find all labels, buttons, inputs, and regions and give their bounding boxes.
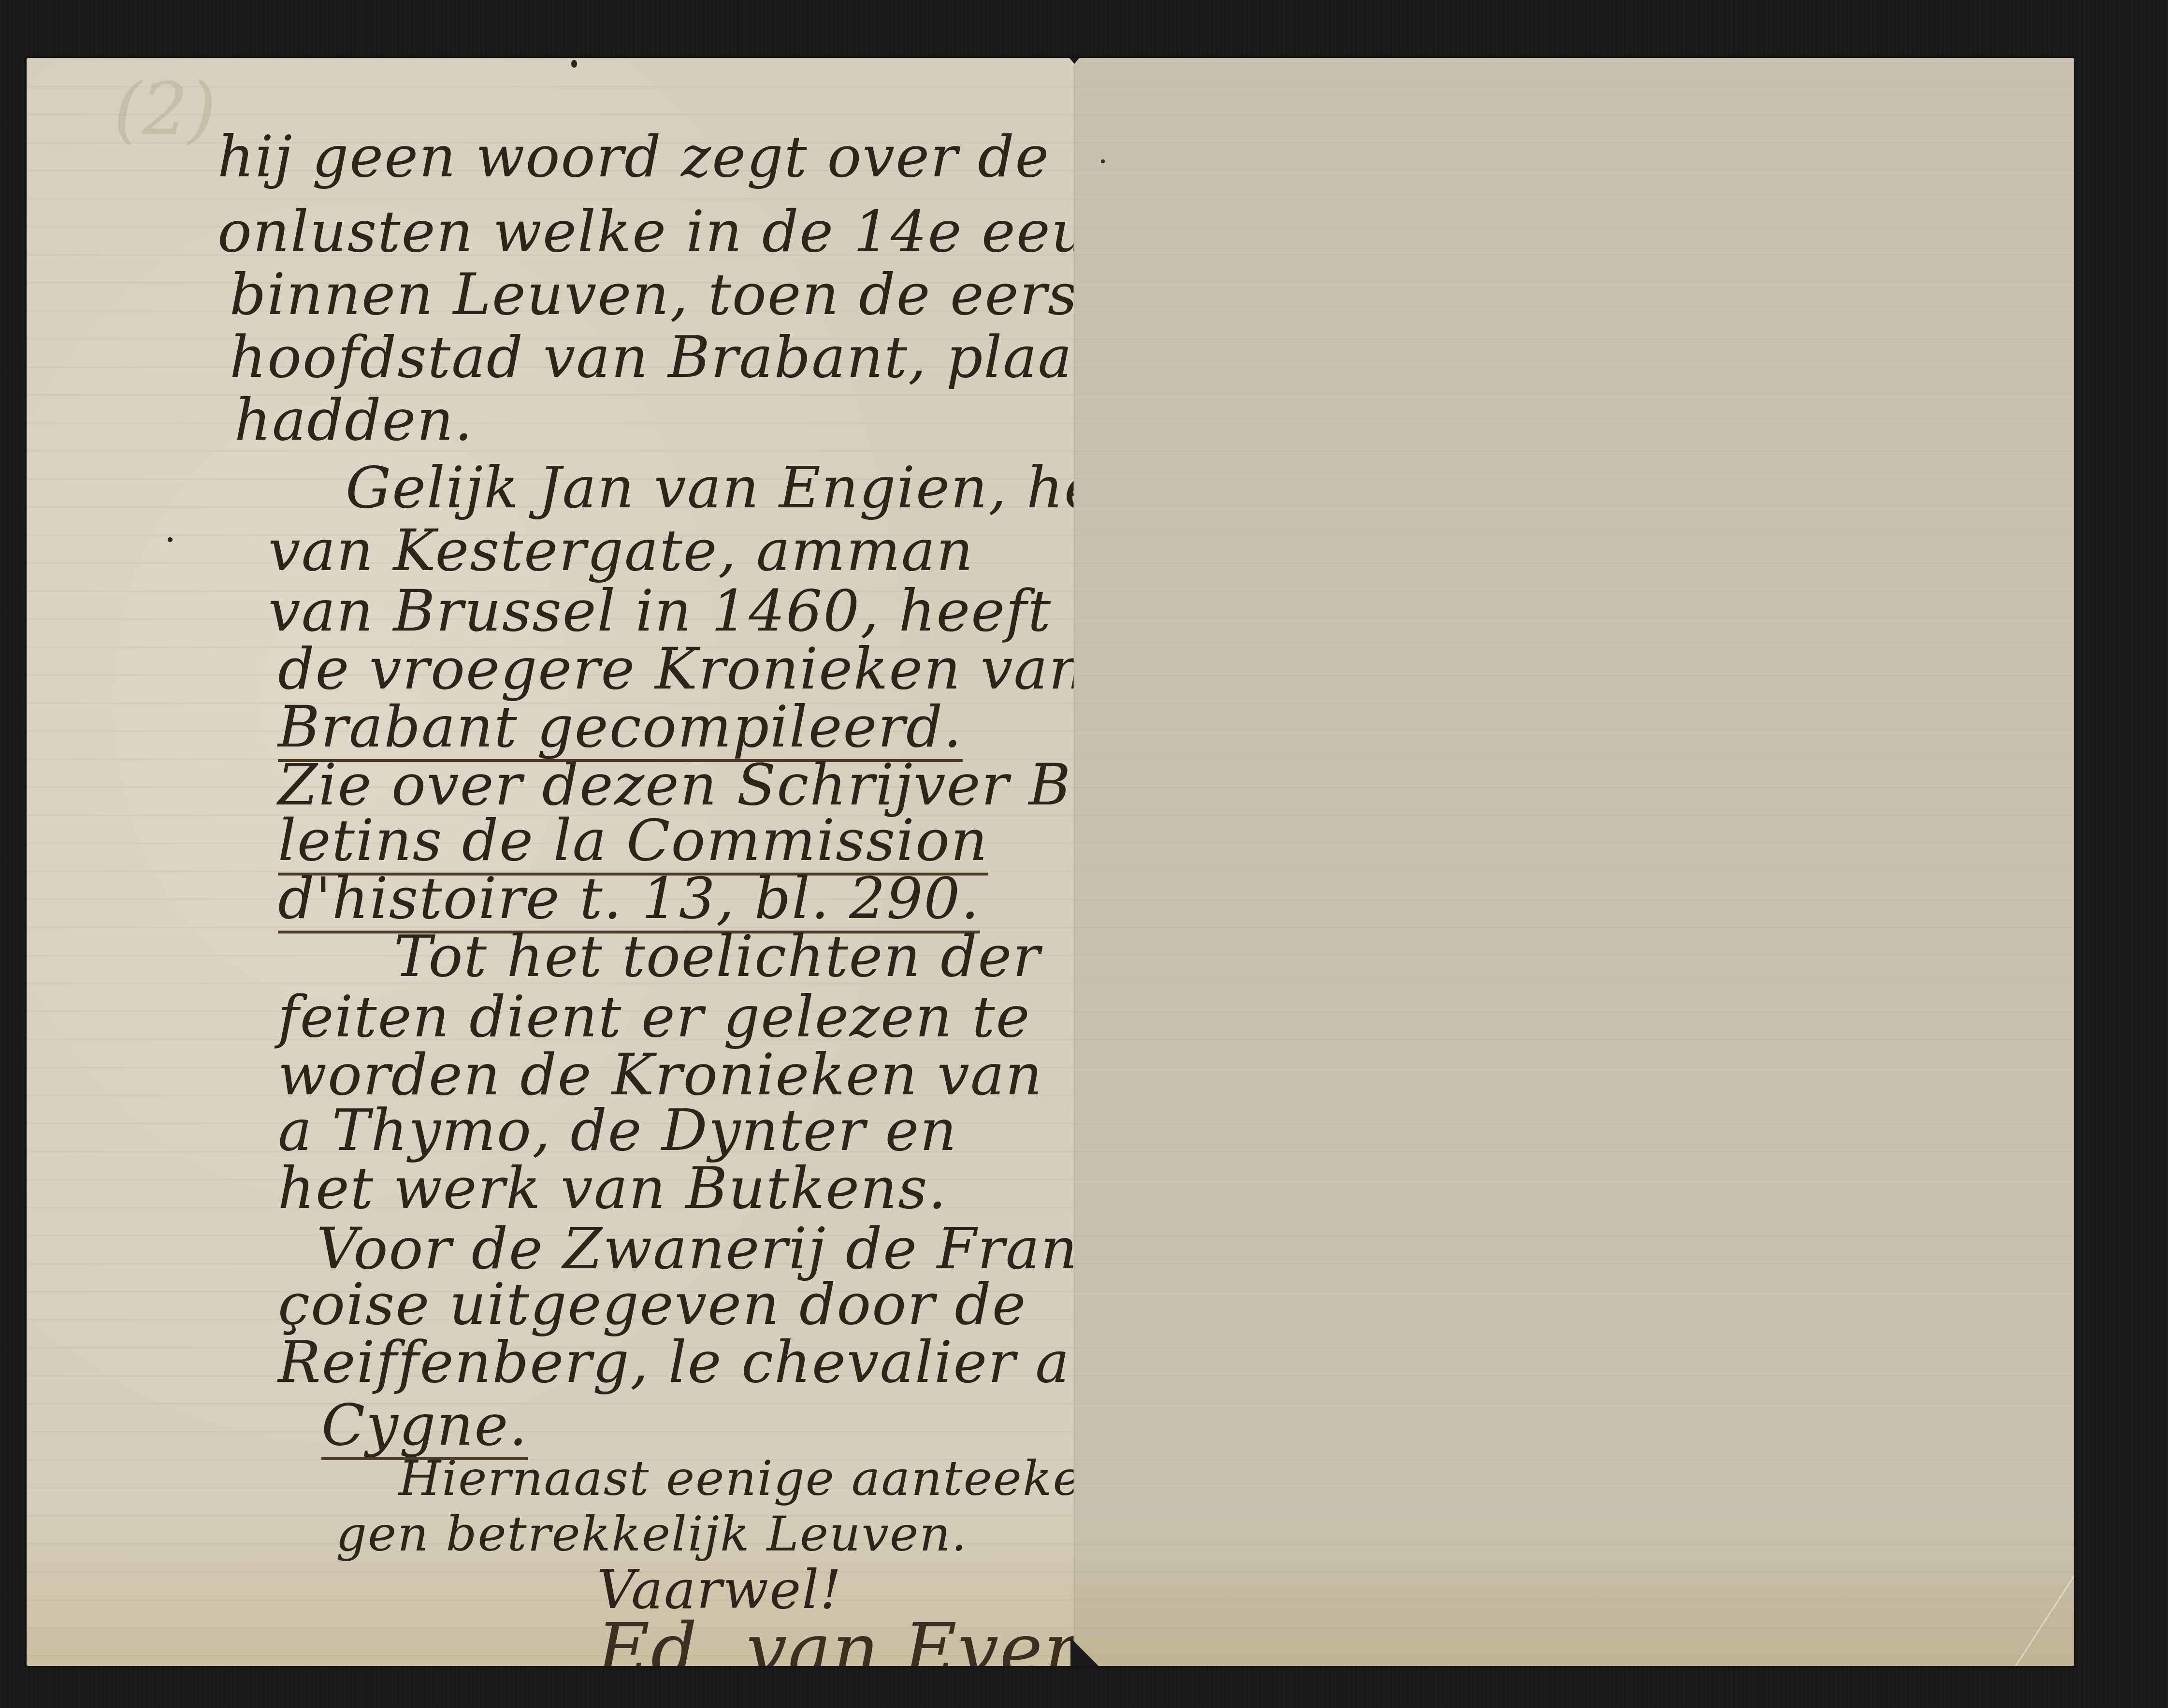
right-page-blank — [1074, 58, 2074, 1666]
ink-spot — [168, 537, 173, 542]
left-page: (2) hij geen woord zegt over de onlusten… — [27, 58, 1074, 1666]
faint-page-number-mark: (2) — [114, 68, 216, 152]
letter-line: Cygne. — [321, 1396, 528, 1453]
letter-line: a Thymo, de Dynter en — [278, 1102, 957, 1159]
letter-line: binnen Leuven, toen de eerste — [230, 266, 1137, 323]
letter-line: van Kestergate, amman — [268, 522, 974, 579]
letter-line: letins de la Commission — [278, 812, 988, 869]
ink-spot — [571, 60, 577, 68]
letter-line: het werk van Butkens. — [278, 1160, 947, 1217]
fold-notch-top — [1069, 58, 1080, 64]
letter-line: Gelijk Jan van Engien, heer — [346, 459, 1162, 516]
signature: Ed. van Even — [597, 1614, 1091, 1666]
ink-spot — [1101, 159, 1105, 163]
letter-line: Zie over dezen Schrijver Bul- — [278, 756, 1149, 813]
letter-line: Voor de Zwanerij de Fran — [317, 1220, 1078, 1277]
letter-line: Reiffenberg, le chevalier au — [278, 1334, 1108, 1391]
letter-line: onlusten welke in de 14e eeuw — [217, 203, 1139, 260]
letter-line: Tot het toelichten der — [394, 928, 1041, 985]
letter-line: feiten dient er gelezen te — [278, 988, 1030, 1045]
center-fold — [1073, 58, 1075, 1666]
letter-line: de vroegere Kronieken van — [278, 640, 1086, 697]
letter-line: hij geen woord zegt over de — [217, 128, 1050, 185]
letter-sheet: (2) hij geen woord zegt over de onlusten… — [27, 58, 2074, 1666]
letter-line: worden de Kronieken van — [278, 1046, 1043, 1103]
fold-tear-bottom — [1070, 1638, 1099, 1666]
letter-line: Hiernaast eenige aanteekenin- — [399, 1454, 1180, 1503]
letter-line: çoise uitgegeven door de — [278, 1276, 1027, 1333]
letter-line: gen betrekkelijk Leuven. — [336, 1510, 968, 1558]
letter-line: Brabant gecompileerd. — [278, 698, 963, 755]
letter-line: van Brussel in 1460, heeft hij — [268, 582, 1146, 639]
letter-line: d'histoire t. 13, bl. 290. — [278, 870, 980, 927]
letter-line: hoofdstad van Brabant, plaats — [230, 329, 1127, 386]
letter-line: hadden. — [234, 391, 474, 448]
